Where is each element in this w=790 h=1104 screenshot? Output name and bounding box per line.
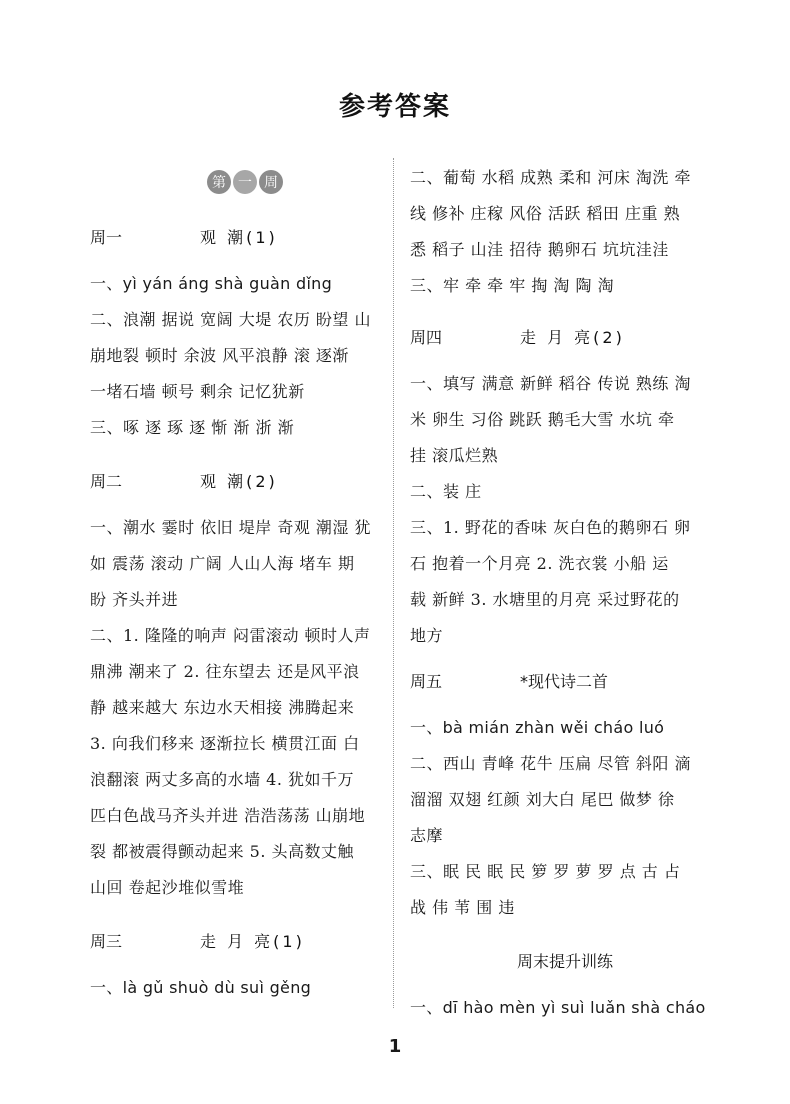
section-title: 观 潮(1) xyxy=(200,225,278,248)
section-day: 周三 xyxy=(90,929,200,952)
answer-line: 一、bà mián zhàn wěi cháo luó xyxy=(410,710,720,746)
week-badge-char: 一 xyxy=(233,170,257,194)
answer-line: 三、牢 牵 牵 牢 掏 淘 陶 淘 xyxy=(410,268,720,304)
answer-line: 地方 xyxy=(410,618,720,654)
answer-line: 裂 都被震得颤动起来 5. 头高数丈触 xyxy=(90,834,400,870)
answer-line: 载 新鲜 3. 水塘里的月亮 采过野花的 xyxy=(410,582,720,618)
section-heading-monday: 周一 观 潮(1) xyxy=(90,218,400,254)
answer-line: 崩地裂 顿时 余波 风平浪静 滚 逐渐 xyxy=(90,338,400,374)
answer-line: 二、1. 隆隆的响声 闷雷滚动 顿时人声 xyxy=(90,618,400,654)
page-number: 1 xyxy=(0,1036,790,1057)
section-title: *现代诗二首 xyxy=(520,669,608,692)
answer-line: 一、潮水 霎时 依旧 堤岸 奇观 潮湿 犹 xyxy=(90,510,400,546)
page-title: 参考答案 xyxy=(0,86,790,123)
section-title: 周末提升训练 xyxy=(517,949,613,972)
answer-line: 一、là gǔ shuò dù suì gěng xyxy=(90,970,400,1006)
answer-line: 志摩 xyxy=(410,818,720,854)
answer-line: 静 越来越大 东边水天相接 沸腾起来 xyxy=(90,690,400,726)
answer-line: 一、dī hào mèn yì suì luǎn shà cháo xyxy=(410,990,720,1026)
answer-line: 悉 稻子 山洼 招待 鹅卵石 坑坑洼洼 xyxy=(410,232,720,268)
right-column: 二、葡萄 水稻 成熟 柔和 河床 淘洗 牵 线 修补 庄稼 风俗 活跃 稻田 庄… xyxy=(410,160,720,1026)
answer-line: 匹白色战马齐头并进 浩浩荡荡 山崩地 xyxy=(90,798,400,834)
answer-line: 二、西山 青峰 花牛 压扁 尽管 斜阳 滴 xyxy=(410,746,720,782)
section-day: 周四 xyxy=(410,325,520,348)
answer-line: 三、1. 野花的香味 灰白色的鹅卵石 卵 xyxy=(410,510,720,546)
week-badge-char: 第 xyxy=(207,170,231,194)
answer-line: 盼 齐头并进 xyxy=(90,582,400,618)
section-heading-weekend: 周末提升训练 xyxy=(410,942,720,978)
section-title: 走 月 亮(1) xyxy=(200,929,305,952)
answer-line: 浪翻滚 两丈多高的水墙 4. 犹如千万 xyxy=(90,762,400,798)
answer-line: 一堵石墙 顿号 剩余 记忆犹新 xyxy=(90,374,400,410)
section-title: 走 月 亮(2) xyxy=(520,325,625,348)
answer-line: 挂 滚瓜烂熟 xyxy=(410,438,720,474)
answer-line: 溜溜 双翅 红颜 刘大白 尾巴 做梦 徐 xyxy=(410,782,720,818)
section-day: 周一 xyxy=(90,225,200,248)
left-column: 第 一 周 周一 观 潮(1) 一、yì yán áng shà guàn dǐ… xyxy=(90,160,400,1006)
answer-line: 一、填写 满意 新鲜 稻谷 传说 熟练 淘 xyxy=(410,366,720,402)
answer-line: 石 抱着一个月亮 2. 洗衣裳 小船 运 xyxy=(410,546,720,582)
answer-line: 鼎沸 潮来了 2. 往东望去 还是风平浪 xyxy=(90,654,400,690)
week-badge: 第 一 周 xyxy=(90,170,400,196)
answer-line: 二、浪潮 据说 宽阔 大堤 农历 盼望 山 xyxy=(90,302,400,338)
answer-line: 3. 向我们移来 逐渐拉长 横贯江面 白 xyxy=(90,726,400,762)
answer-line: 二、葡萄 水稻 成熟 柔和 河床 淘洗 牵 xyxy=(410,160,720,196)
answer-line: 战 伟 苇 围 违 xyxy=(410,890,720,926)
answer-line: 山回 卷起沙堆似雪堆 xyxy=(90,870,400,906)
answer-line: 一、yì yán áng shà guàn dǐng xyxy=(90,266,400,302)
section-title: 观 潮(2) xyxy=(200,469,278,492)
section-day: 周二 xyxy=(90,469,200,492)
section-heading-friday: 周五 *现代诗二首 xyxy=(410,662,720,698)
section-heading-tuesday: 周二 观 潮(2) xyxy=(90,462,400,498)
answer-line: 线 修补 庄稼 风俗 活跃 稻田 庄重 熟 xyxy=(410,196,720,232)
section-heading-thursday: 周四 走 月 亮(2) xyxy=(410,318,720,354)
section-day: 周五 xyxy=(410,669,520,692)
section-heading-wednesday: 周三 走 月 亮(1) xyxy=(90,922,400,958)
answer-line: 米 卵生 习俗 跳跃 鹅毛大雪 水坑 牵 xyxy=(410,402,720,438)
week-badge-char: 周 xyxy=(259,170,283,194)
answer-line: 二、装 庄 xyxy=(410,474,720,510)
answer-line: 三、眠 民 眠 民 箩 罗 萝 罗 点 古 占 xyxy=(410,854,720,890)
answer-line: 三、啄 逐 琢 逐 惭 渐 浙 渐 xyxy=(90,410,400,446)
answer-line: 如 震荡 滚动 广阔 人山人海 堵车 期 xyxy=(90,546,400,582)
